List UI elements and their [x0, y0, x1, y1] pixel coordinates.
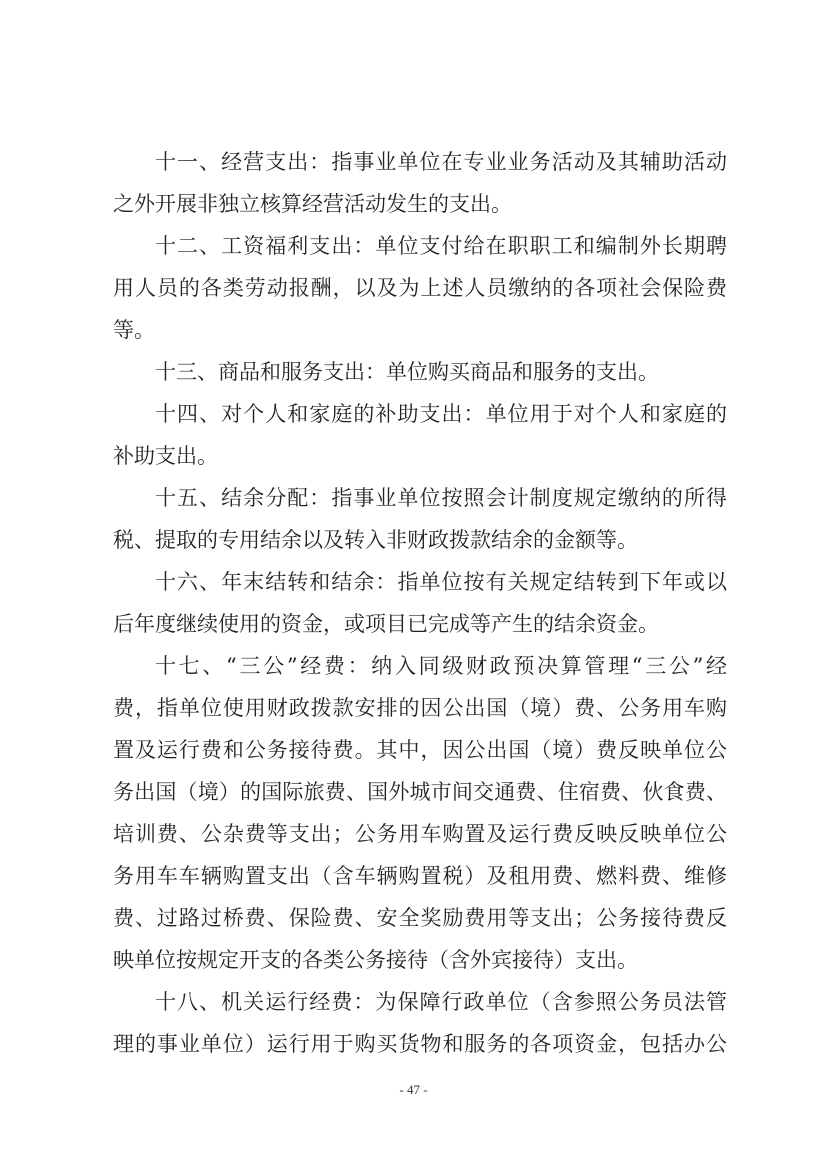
- text-line: 费、过路过桥费、保险费、安全奖励费用等支出；公务接待费反: [113, 903, 727, 933]
- text-line: 培训费、公杂费等支出；公务用车购置及运行费反映反映单位公: [113, 819, 727, 849]
- text-line: 后年度继续使用的资金，或项目已完成等产生的结余资金。: [113, 609, 727, 639]
- text-line: 十六、年末结转和结余：指单位按有关规定结转到下年或以: [155, 567, 727, 597]
- text-line: 理的事业单位）运行用于购买货物和服务的各项资金，包括办公: [113, 1029, 727, 1059]
- text-line: 补助支出。: [113, 441, 727, 471]
- text-line: 映单位按规定开支的各类公务接待（含外宾接待）支出。: [113, 945, 727, 975]
- text-line: 等。: [113, 315, 727, 345]
- text-line: 置及运行费和公务接待费。其中，因公出国（境）费反映单位公: [113, 735, 727, 765]
- text-line: 务出国（境）的国际旅费、国外城市间交通费、住宿费、伙食费、: [113, 777, 727, 807]
- text-line: 十四、对个人和家庭的补助支出：单位用于对个人和家庭的: [155, 399, 727, 429]
- document-page: 十一、经营支出：指事业单位在专业业务活动及其辅助活动 之外开展非独立核算经营活动…: [0, 0, 827, 1169]
- text-line: 务用车车辆购置支出（含车辆购置税）及租用费、燃料费、维修: [113, 861, 727, 891]
- text-line: 税、提取的专用结余以及转入非财政拨款结余的金额等。: [113, 525, 727, 555]
- text-line: 十三、商品和服务支出：单位购买商品和服务的支出。: [155, 357, 727, 387]
- text-line: 十五、结余分配：指事业单位按照会计制度规定缴纳的所得: [155, 483, 727, 513]
- text-line: 费，指单位使用财政拨款安排的因公出国（境）费、公务用车购: [113, 693, 727, 723]
- text-line: 十八、机关运行经费：为保障行政单位（含参照公务员法管: [155, 987, 727, 1017]
- text-line: 十一、经营支出：指事业单位在专业业务活动及其辅助活动: [155, 147, 727, 177]
- text-line: 十七、“三公”经费：纳入同级财政预决算管理“三公”经: [155, 651, 727, 681]
- text-line: 十二、工资福利支出：单位支付给在职职工和编制外长期聘: [155, 231, 727, 261]
- text-line: 之外开展非独立核算经营活动发生的支出。: [113, 189, 727, 219]
- text-line: 用人员的各类劳动报酬，以及为上述人员缴纳的各项社会保险费: [113, 273, 727, 303]
- page-number: - 47 -: [0, 1082, 827, 1098]
